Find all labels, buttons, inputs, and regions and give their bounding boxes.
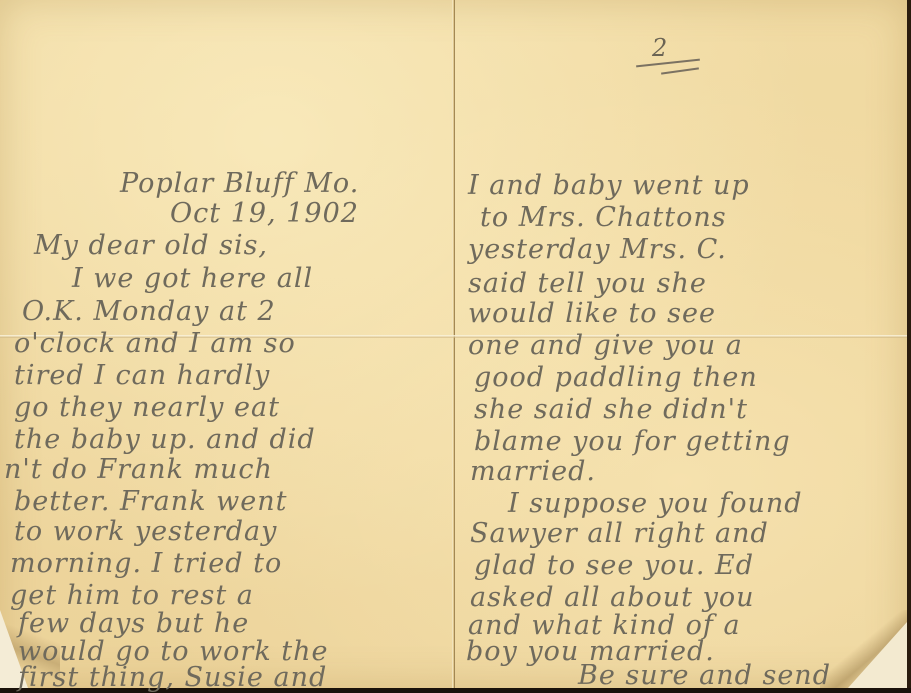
letter-line: first thing, Susie and	[18, 664, 327, 688]
letter-line: Sawyer all right and	[470, 520, 769, 547]
letter-line: glad to see you. Ed	[474, 552, 754, 579]
letter-line: and what kind of a	[468, 612, 741, 639]
letter-line: to work yesterday	[14, 518, 277, 545]
letter-line: good paddling then	[474, 364, 758, 391]
letter-line: tired I can hardly	[14, 362, 270, 389]
letter-line: o'clock and I am so	[14, 330, 296, 357]
letter-line: would like to see	[468, 300, 716, 327]
letter-line: O.K. Monday at 2	[22, 298, 276, 325]
letter-line: I and baby went up	[468, 172, 750, 199]
letter-line: blame you for getting	[474, 428, 791, 455]
letter-line: she said she didn't	[474, 396, 748, 423]
letter-line: asked all about you	[470, 584, 754, 611]
letter-line: the baby up. and did	[14, 426, 316, 453]
letter-line: married.	[470, 458, 596, 485]
letter-line: n't do Frank much	[4, 456, 273, 483]
page-number: 2	[652, 34, 667, 62]
letter-place-heading: Poplar Bluff Mo.	[120, 170, 359, 197]
letter-line: one and give you a	[468, 332, 743, 359]
letter-line: to Mrs. Chattons	[480, 204, 727, 231]
letter-line: get him to rest a	[10, 582, 254, 609]
letter-line: Be sure and send	[578, 662, 831, 688]
letter-line: go they nearly eat	[14, 394, 280, 421]
letter-line: I suppose you found	[508, 490, 803, 517]
letter-line: yesterday Mrs. C.	[468, 236, 727, 263]
vertical-fold-crease	[452, 0, 455, 688]
letter-line: I we got here all	[72, 265, 313, 292]
letter-line: morning. I tried to	[10, 550, 282, 577]
letter-salutation: My dear old sis,	[34, 232, 268, 259]
letter-date: Oct 19, 1902	[170, 200, 359, 227]
folded-corner-bottom-right	[848, 622, 907, 688]
letter-line: better. Frank went	[14, 488, 287, 515]
letter-line: few days but he	[18, 610, 249, 637]
letter-line: said tell you she	[468, 270, 707, 297]
scan-edge	[907, 0, 911, 688]
letter-line: would go to work the	[18, 638, 329, 665]
